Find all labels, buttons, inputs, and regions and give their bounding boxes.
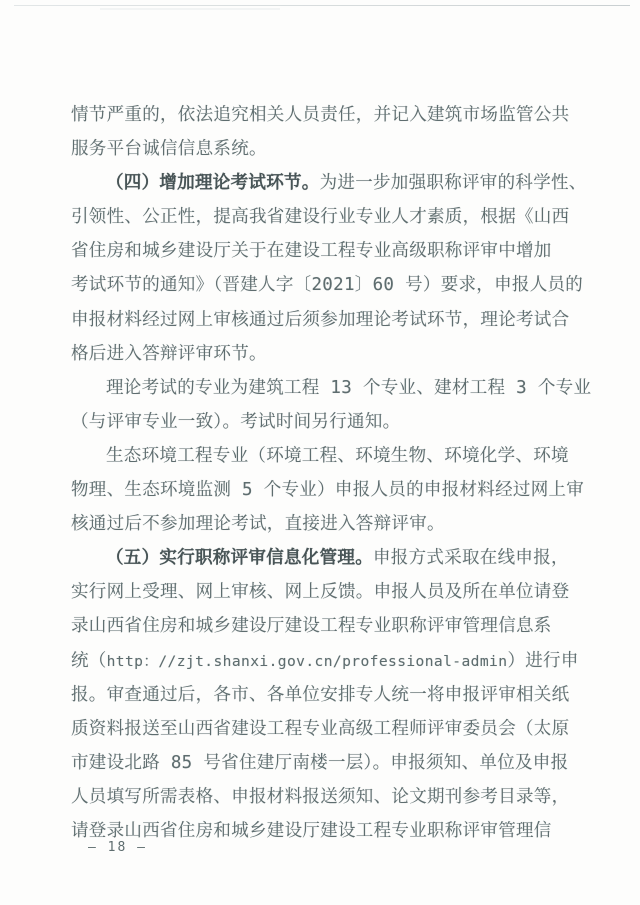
paragraph-line: 市建设北路 85 号省住建厅南楼一层）。申报须知、单位及申报 (71, 746, 567, 780)
scan-artifact-line (14, 5, 630, 6)
line-text: 引领性、公正性，提高我省建设行业专业人才素质，根据《山西 (71, 207, 569, 227)
line-text: 服务平台诚信信息系统。 (71, 139, 267, 159)
line-text: 质资料报送至山西省建设工程专业高级工程师评审委员会（太原 (71, 719, 569, 739)
paragraph-line: 实行网上受理、网上审核、网上反馈。申报人员及所在单位请登 (71, 575, 567, 609)
line-text: 核通过后不参加理论考试，直接进入答辩评审。 (71, 514, 445, 534)
line-text: 格后进入答辩评审环节。 (71, 344, 267, 364)
paragraph-line: 录山西省住房和城乡建设厅建设工程专业职称评审管理信息系 (71, 609, 567, 643)
paragraph-line: 省住房和城乡建设厅关于在建设工程专业高级职称评审中增加 (71, 234, 567, 268)
paragraph-line-with-heading: （四）增加理论考试环节。为进一步加强职称评审的科学性、 (71, 166, 567, 200)
paragraph-line: 物理、生态环境监测 5 个专业）申报人员的申报材料经过网上审 (71, 473, 567, 507)
scan-artifact-smudge (100, 8, 280, 10)
line-text: 省住房和城乡建设厅关于在建设工程专业高级职称评审中增加 (71, 241, 552, 261)
page-number: — 18 — (88, 840, 147, 855)
paragraph-line: 情节严重的，依法追究相关人员责任，并记入建筑市场监管公共 (71, 98, 567, 132)
paragraph-line: 服务平台诚信信息系统。 (71, 132, 567, 166)
paragraph-line: 统（http：//zjt.shanxi.gov.cn/professional-… (71, 644, 567, 678)
line-text: 理论考试的专业为建筑工程 13 个专业、建材工程 3 个专业 (106, 378, 591, 398)
url-text: http：//zjt.shanxi.gov.cn/professional-ad… (107, 653, 508, 670)
paragraph-line: 人员填写所需表格、申报材料报送须知、论文期刊参考目录等， (71, 780, 567, 814)
line-text: ）进行申 (507, 651, 578, 671)
paragraph-line: 格后进入答辩评审环节。 (71, 337, 567, 371)
line-text: 实行网上受理、网上审核、网上反馈。申报人员及所在单位请登 (71, 582, 569, 602)
paragraph-line-with-heading: （五）实行职称评审信息化管理。申报方式采取在线申报， (71, 541, 567, 575)
paragraph-line: 核通过后不参加理论考试，直接进入答辩评审。 (71, 507, 567, 541)
line-text: 录山西省住房和城乡建设厅建设工程专业职称评审管理信息系 (71, 616, 552, 636)
document-body: 情节严重的，依法追究相关人员责任，并记入建筑市场监管公共服务平台诚信信息系统。（… (71, 98, 567, 848)
paragraph-line: （与评审专业一致）。考试时间另行通知。 (71, 405, 567, 439)
section-heading: （五）实行职称评审信息化管理。 (106, 548, 373, 568)
line-text: 报。审查通过后，各市、各单位安排专人统一将申报评审相关纸 (71, 685, 569, 705)
paragraph-line: 质资料报送至山西省建设工程专业高级工程师评审委员会（太原 (71, 712, 567, 746)
line-text: 生态环境工程专业（环境工程、环境生物、环境化学、环境 (106, 446, 569, 466)
line-text: 人员填写所需表格、申报材料报送须知、论文期刊参考目录等， (71, 787, 569, 807)
paragraph-line: 生态环境工程专业（环境工程、环境生物、环境化学、环境 (71, 439, 567, 473)
section-heading: （四）增加理论考试环节。 (106, 173, 320, 193)
paragraph-line: 考试环节的通知》（晋建人字〔2021〕60 号）要求，申报人员的 (71, 268, 567, 302)
line-text: 申报方式采取在线申报， (373, 548, 569, 568)
paragraph-line: 申报材料经过网上审核通过后须参加理论考试环节，理论考试合 (71, 303, 567, 337)
line-text: 请登录山西省住房和城乡建设厅建设工程专业职称评审管理信 (71, 821, 552, 841)
line-text: 申报材料经过网上审核通过后须参加理论考试环节，理论考试合 (71, 310, 569, 330)
paragraph-line: 理论考试的专业为建筑工程 13 个专业、建材工程 3 个专业 (71, 371, 567, 405)
paragraph-line: 引领性、公正性，提高我省建设行业专业人才素质，根据《山西 (71, 200, 567, 234)
line-text: 统（ (71, 651, 107, 671)
line-text: 为进一步加强职称评审的科学性、 (320, 173, 587, 193)
document-page: 情节严重的，依法追究相关人员责任，并记入建筑市场监管公共服务平台诚信信息系统。（… (0, 0, 640, 905)
line-text: 市建设北路 85 号省住建厅南楼一层）。申报须知、单位及申报 (71, 753, 568, 773)
line-text: 物理、生态环境监测 5 个专业）申报人员的申报材料经过网上审 (71, 480, 584, 500)
line-text: 情节严重的，依法追究相关人员责任，并记入建筑市场监管公共 (71, 105, 569, 125)
line-text: 考试环节的通知》（晋建人字〔2021〕60 号）要求，申报人员的 (71, 275, 583, 295)
paragraph-line: 报。审查通过后，各市、各单位安排专人统一将申报评审相关纸 (71, 678, 567, 712)
line-text: （与评审专业一致）。考试时间另行通知。 (71, 412, 400, 432)
